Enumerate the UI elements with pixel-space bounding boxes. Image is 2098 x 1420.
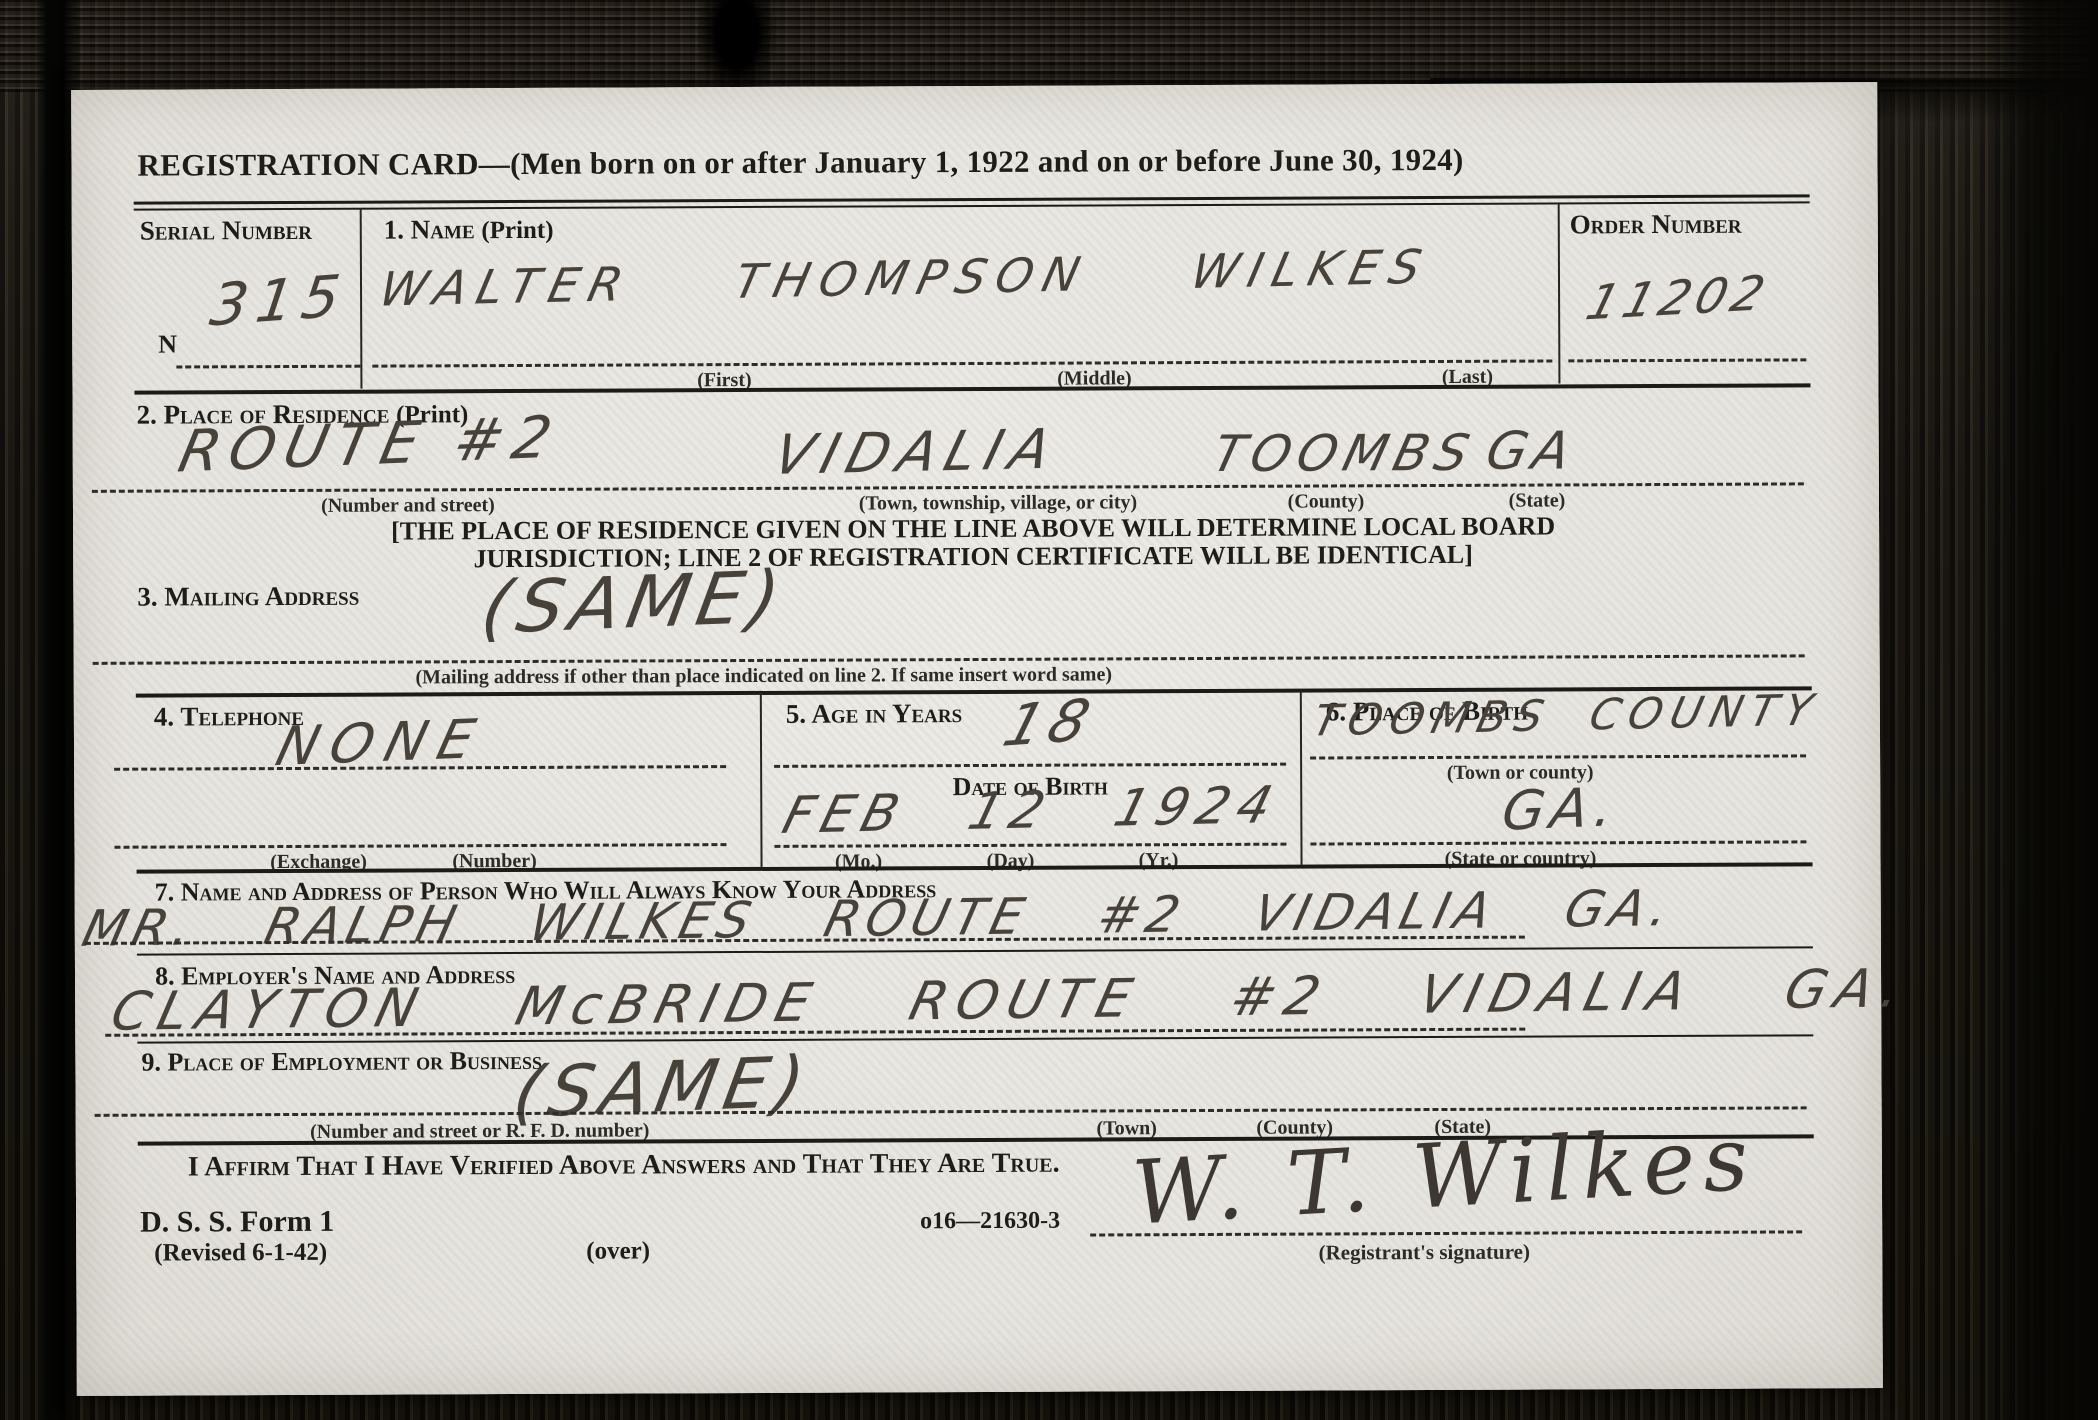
residence-sub-town: (Town, township, village, or city)	[859, 491, 1137, 515]
name-dashed-line	[372, 359, 1552, 367]
serial-number-label: Serial Number	[140, 215, 312, 247]
order-dashed-line	[1568, 358, 1806, 362]
over-note: (over)	[586, 1237, 650, 1265]
residence-sub-county: (County)	[1288, 490, 1365, 513]
form-id: D. S. S. Form 1	[140, 1205, 334, 1240]
residence-sub-state: (State)	[1509, 489, 1566, 512]
divider-name-order	[1558, 203, 1561, 383]
age-dashed-line	[774, 763, 1286, 768]
divider-age-birth	[1300, 691, 1303, 865]
serial-dashed-line	[176, 365, 360, 369]
handwritten-residence-town: VIDALIA	[767, 417, 1067, 487]
handwritten-mailing-address: (SAME)	[476, 554, 793, 650]
age-label: 5. Age in Years	[786, 698, 962, 730]
name-label: 1. Name	[384, 214, 475, 244]
handwritten-order-number: 11202	[1580, 265, 1775, 331]
registration-card: REGISTRATION CARD—(Men born on or after …	[71, 82, 1883, 1396]
handwritten-serial-number: 315	[206, 261, 352, 339]
handwritten-date-of-birth: FEB 12 1924	[776, 776, 1286, 846]
employment-label: 9. Place of Employment or Business	[141, 1046, 542, 1078]
print-code: o16—21630-3	[920, 1208, 1060, 1236]
residence-sub-street: (Number and street)	[321, 494, 495, 518]
divider-telephone-age	[760, 693, 763, 867]
rule-below-row1	[134, 383, 1810, 394]
form-revision: (Revised 6-1-42)	[154, 1239, 327, 1268]
handwritten-age: 18	[996, 686, 1103, 760]
affirmation-text: I Affirm That I Have Verified Above Answ…	[188, 1148, 1060, 1184]
signature-caption: (Registrant's signature)	[1319, 1240, 1530, 1266]
mailing-address-label: 3. Mailing Address	[137, 581, 359, 613]
handwritten-birth-town: TOOMBS COUNTY	[1308, 686, 1825, 747]
card-title: REGISTRATION CARD—(Men born on or after …	[137, 142, 1463, 184]
order-number-label: Order Number	[1570, 209, 1742, 241]
handwritten-name: WALTER THOMPSON WILKES	[374, 240, 1436, 318]
wood-dark-band-right	[1978, 0, 2098, 1420]
wood-knot	[698, 0, 776, 96]
serial-prefix: N	[158, 329, 177, 359]
divider-serial-name	[360, 209, 363, 389]
handwritten-birth-state: GA.	[1498, 775, 1622, 843]
birth-state-dashed-line	[1310, 840, 1806, 845]
name-label-group: 1. Name (Print)	[384, 214, 554, 246]
birth-town-dashed-line	[1310, 754, 1806, 759]
employment-dashed-line	[95, 1106, 1807, 1116]
handwritten-signature: W. T. Wilkes	[1129, 1106, 1758, 1244]
mailing-caption: (Mailing address if other than place ind…	[415, 663, 1112, 689]
scanned-photo: REGISTRATION CARD—(Men born on or after …	[0, 0, 2098, 1420]
name-label-suffix: (Print)	[481, 217, 553, 244]
handwritten-residence-state: GA	[1481, 421, 1581, 481]
handwritten-residence-county: TOOMBS	[1207, 424, 1482, 483]
telephone-dashed-line2	[114, 843, 726, 849]
handwritten-residence-street: ROUTE #2	[173, 403, 567, 486]
